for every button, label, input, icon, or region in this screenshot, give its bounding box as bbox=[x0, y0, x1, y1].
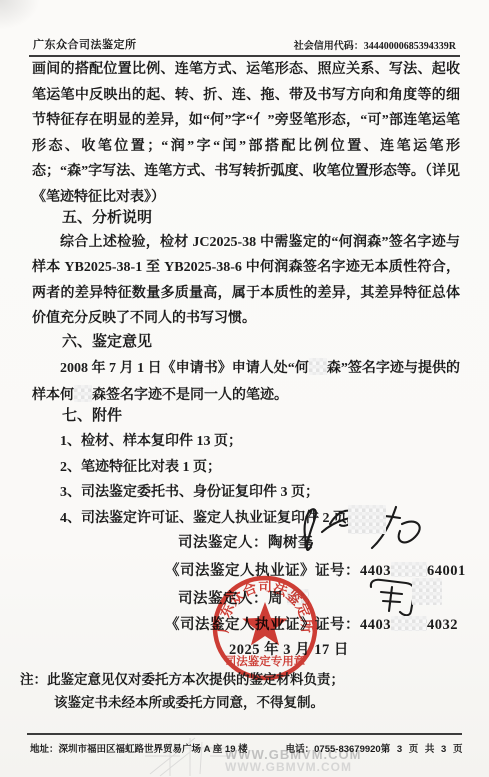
scan-shadow bbox=[0, 0, 40, 30]
cert2-prefix: 4403 bbox=[360, 617, 391, 633]
org-name: 广东众合司法鉴定所 bbox=[33, 36, 137, 52]
cert2-suffix: 4032 bbox=[427, 617, 458, 633]
footer-phone: 电话：0755-83679920 bbox=[286, 741, 381, 755]
attachment-item: 2、笔迹特征比对表 1 页； bbox=[32, 455, 460, 481]
report-page: 广东众合司法鉴定所 社会信用代码：34440000685394339R 画间的搭… bbox=[0, 0, 489, 777]
redaction-blur bbox=[74, 385, 92, 402]
section6-paragraph: 2008 年 7 月 1 日《申请书》申请人处“何森”签名字迹与提供的样本何森签… bbox=[32, 355, 460, 408]
note-line1: 注：此鉴定意见仅对委托方本次提供的鉴定材料负责； bbox=[20, 668, 470, 691]
credit-code: 社会信用代码：34440000685394339R bbox=[294, 37, 456, 52]
watermark-url-echo: WWW.GBMVM.COM bbox=[225, 761, 361, 774]
footer-address: 地址：深圳市福田区福虹路世界贸易广场 A 座 19 楼 bbox=[30, 741, 248, 755]
section6-text-3: 森签名字迹不是同一人的笔迹。 bbox=[92, 388, 288, 403]
signature-redaction-blur bbox=[348, 505, 386, 534]
footer-rule bbox=[27, 733, 462, 735]
footer: 地址：深圳市福田区福虹路世界贸易广场 A 座 19 楼 电话：0755-8367… bbox=[30, 741, 459, 755]
footer-page-info: 第 3 页 共 3 页 bbox=[381, 741, 465, 755]
section6-text-1: 2008 年 7 月 1 日《申请书》申请人处“何 bbox=[60, 361, 309, 376]
redaction-blur bbox=[309, 358, 327, 375]
section5-heading: 五、分析说明 bbox=[32, 206, 460, 232]
attachment-item: 1、检材、样本复印件 13 页； bbox=[32, 429, 460, 455]
appraiser1-label: 司法鉴定人：陶树奎 bbox=[178, 531, 313, 552]
note-line2: 该鉴定书未经本所或委托方同意，不得复制。 bbox=[20, 691, 489, 714]
redaction-blur bbox=[391, 616, 427, 631]
signature-redaction-blur bbox=[412, 578, 442, 605]
stamp-star-icon bbox=[242, 602, 288, 645]
section5-paragraph: 综合上述检验，检材 JC2025-38 中需鉴定的“何润森”签名字迹与样本 YB… bbox=[32, 230, 460, 331]
section7-heading: 七、附件 bbox=[32, 404, 460, 430]
paragraph-continuation: 画间的搭配位置比例、连笔方式、运笔形态、照应关系、写法、起收笔运笔中反映出的起、… bbox=[32, 57, 460, 210]
section6-heading: 六、鉴定意见 bbox=[32, 330, 460, 356]
stamp-label: 司法鉴定专用章 bbox=[225, 654, 306, 668]
